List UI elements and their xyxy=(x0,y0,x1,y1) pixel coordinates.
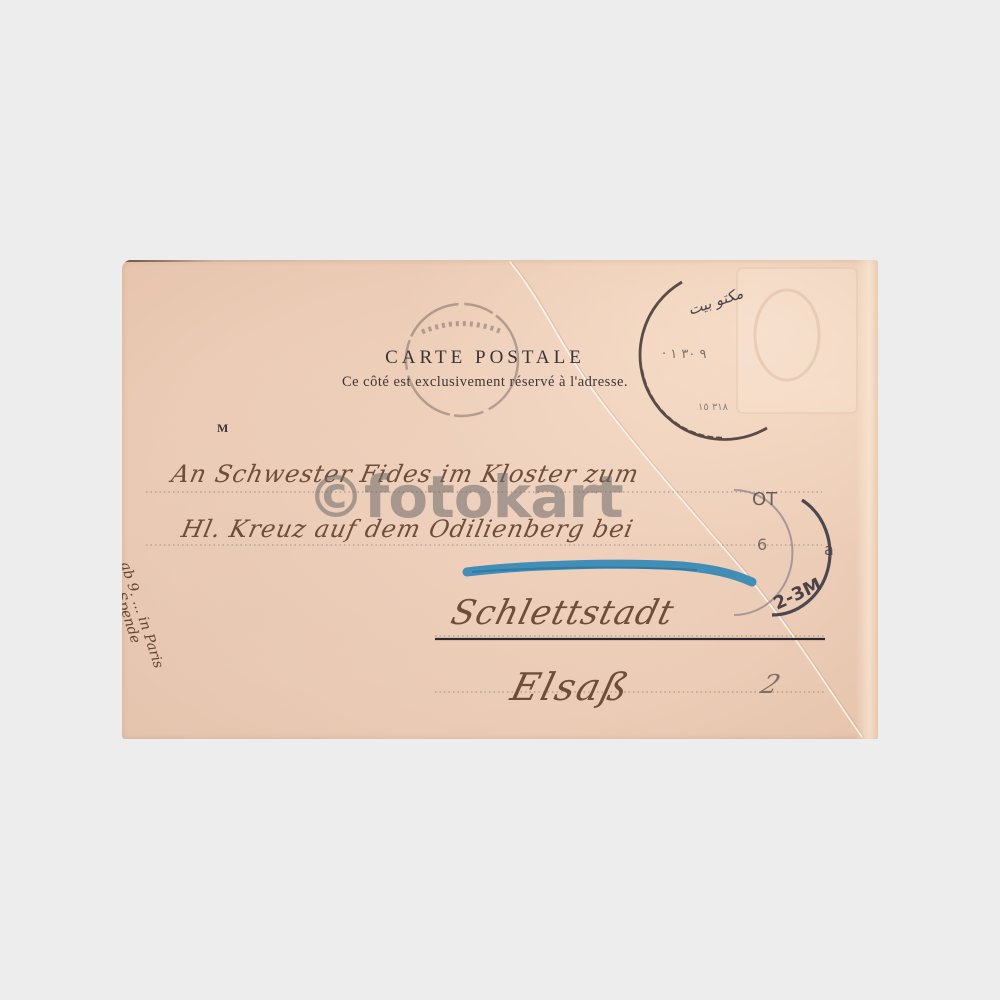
svg-text:مکتو بیت: مکتو بیت xyxy=(686,284,746,319)
pencil-mark: 2 xyxy=(757,670,784,700)
address-city: Schlettstadt xyxy=(447,593,678,633)
address-prefix: M xyxy=(217,421,228,436)
watermark: ©fotokart xyxy=(307,463,623,531)
postcard: مکتو بیت · ٩ ٣٠ ١ ٣١٨ ١٥ OT 6 a 2-3M CAR… xyxy=(122,260,878,739)
svg-text:2-3M: 2-3M xyxy=(770,574,825,614)
removed-stamp-ghost xyxy=(737,268,857,413)
svg-text:OT: OT xyxy=(752,489,778,510)
card-subtitle: Ce côté est exclusivement réservé à l'ad… xyxy=(122,374,863,391)
svg-text:6: 6 xyxy=(757,535,767,554)
address-region: Elsaß xyxy=(507,665,635,709)
svg-text:a: a xyxy=(824,540,834,559)
french-postmark: OT 6 a 2-3M xyxy=(734,489,834,615)
card-title: CARTE POSTALE xyxy=(122,347,863,369)
blue-pencil-stroke xyxy=(467,564,752,582)
svg-text:٣١٨ ١٥: ٣١٨ ١٥ xyxy=(698,402,729,413)
